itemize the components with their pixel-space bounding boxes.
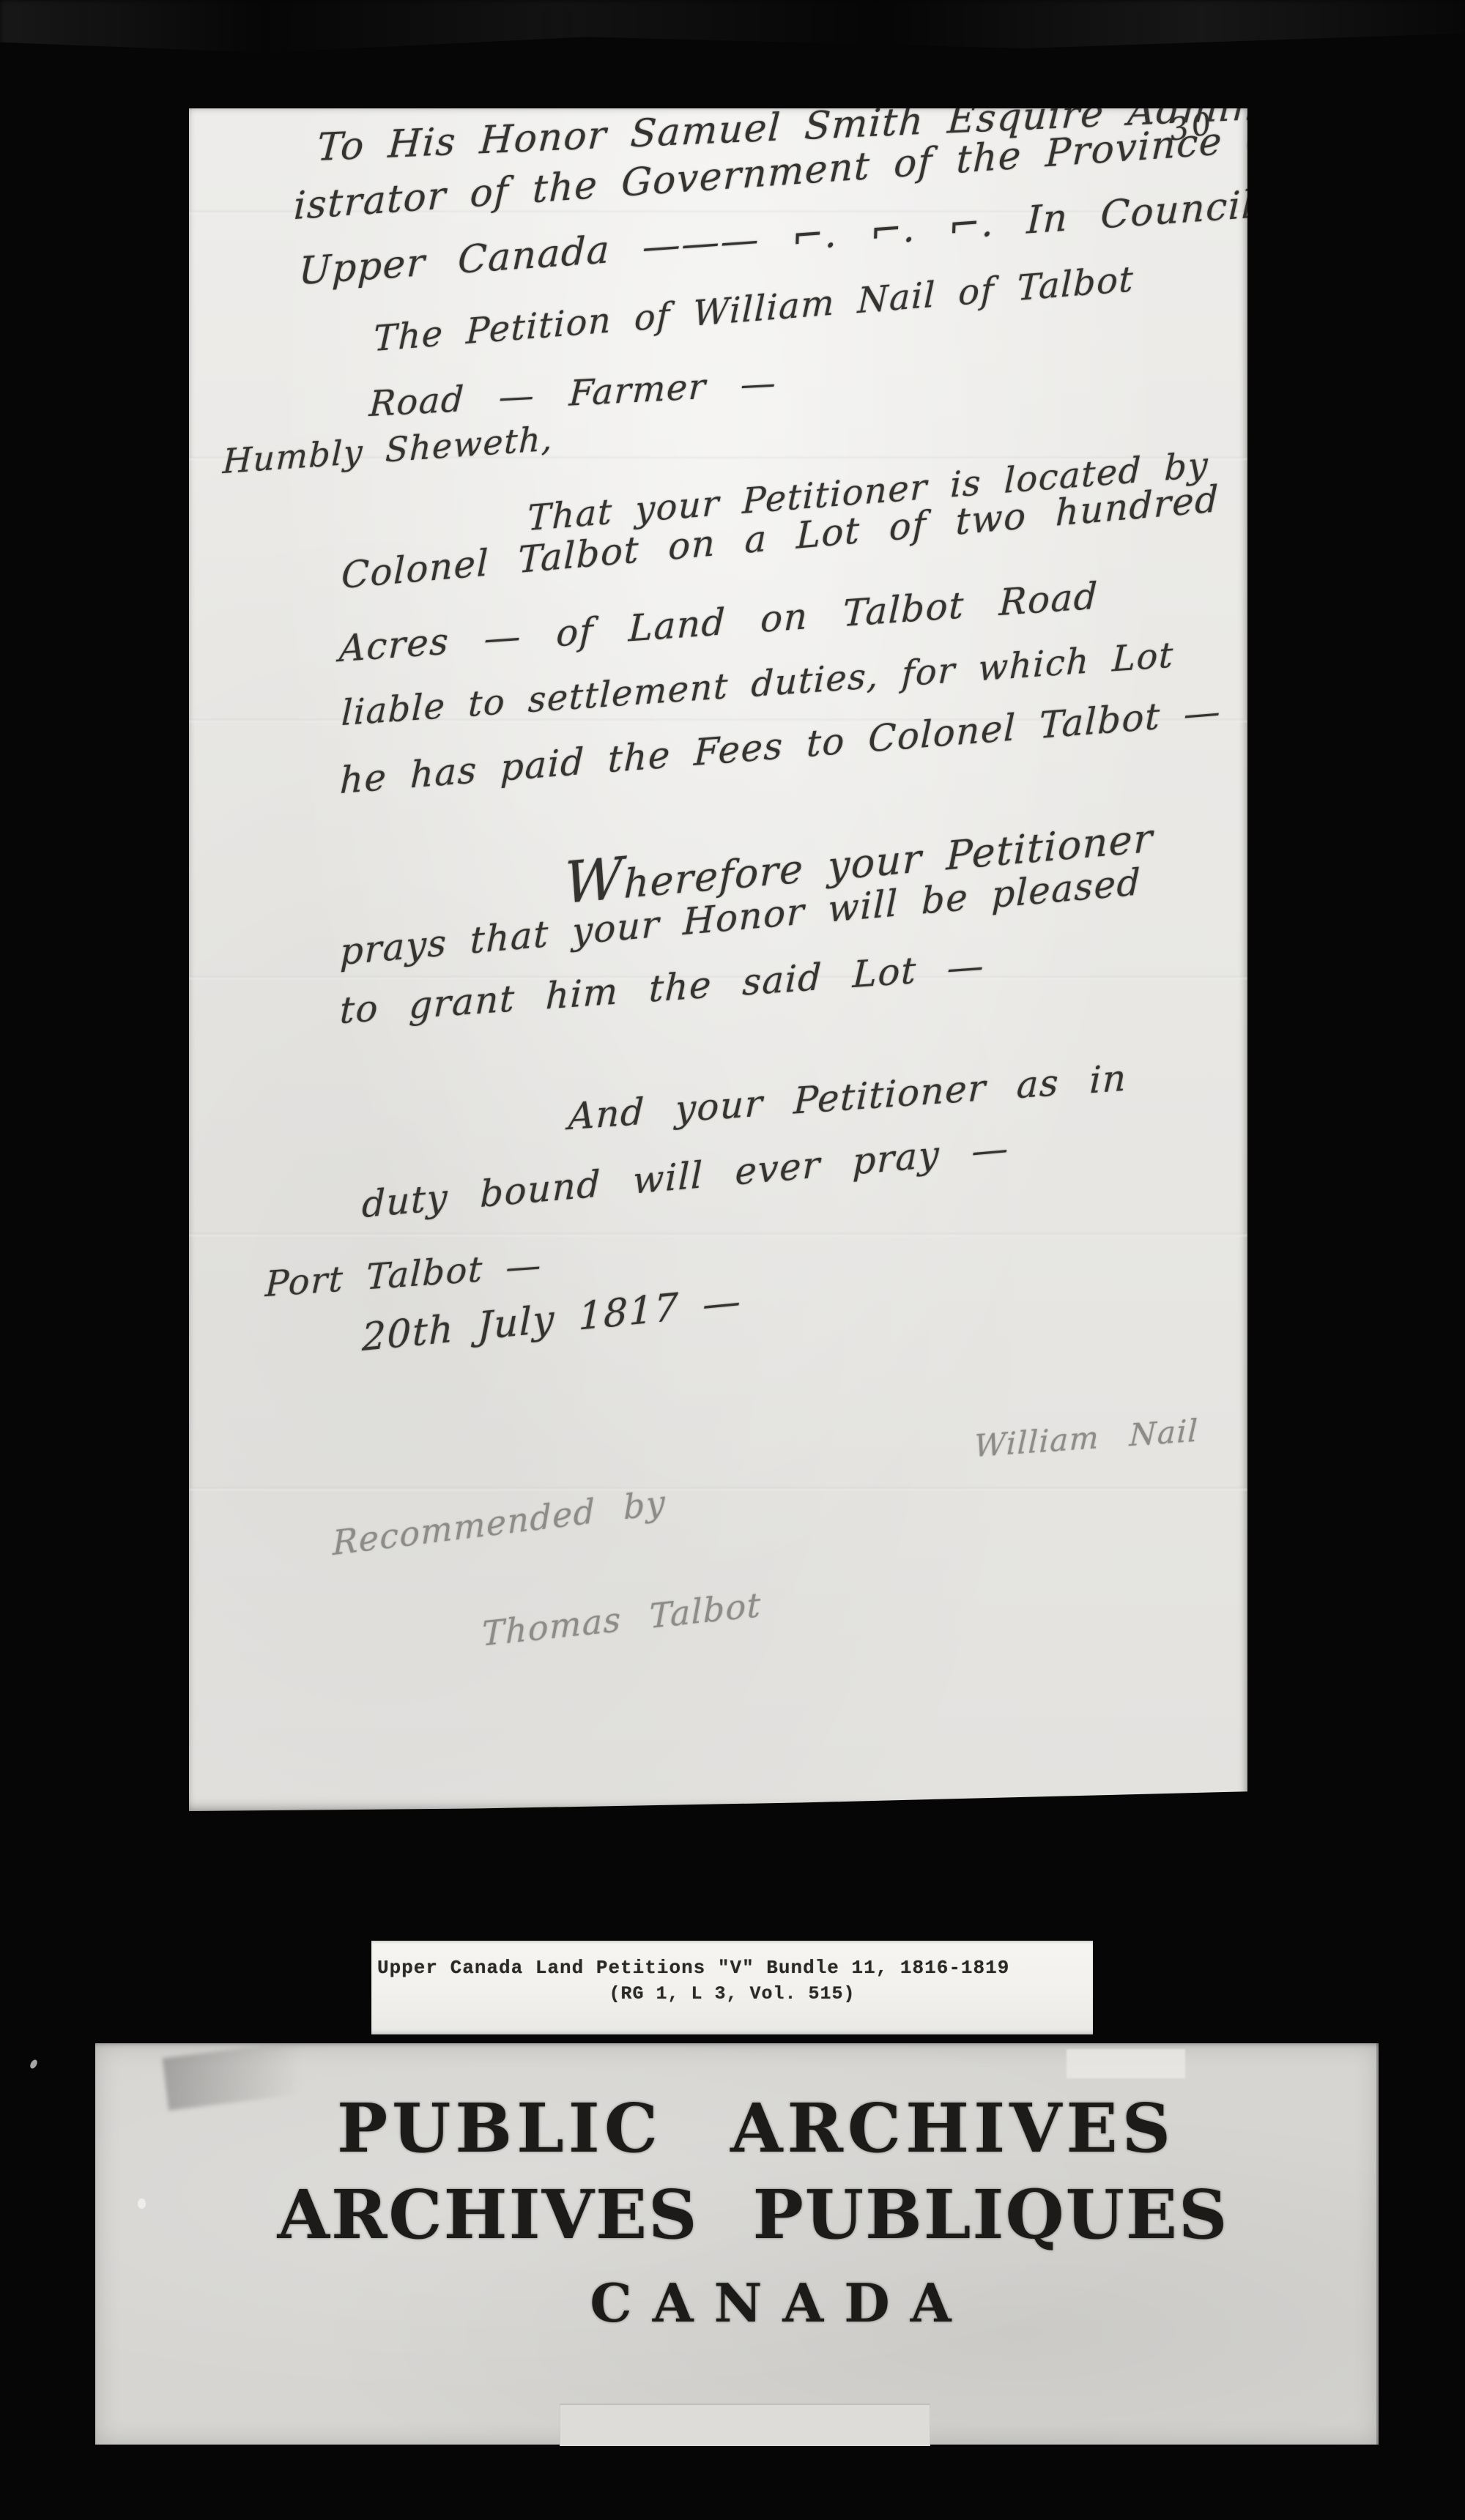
stamp-public-archives: PUBLIC ARCHIVES [95,2089,1398,2168]
background-speck [29,2059,38,2070]
handwritten-line: Humbly Sheweth, [222,418,554,482]
scan-edge-artifact-top [0,0,1465,88]
handwritten-line: Road — Farmer — [368,363,777,426]
manuscript-lines: To His Honor Samuel Smith Esquire Admini… [189,108,1247,1811]
handwritten-line: Port Talbot — [264,1244,543,1306]
stamp-archives-publiques: ARCHIVES PUBLIQUES [95,2175,1395,2254]
archive-label-slip: Upper Canada Land Petitions "V" Bundle 1… [371,1941,1093,2034]
petition-page: 30 To His Honor Samuel Smith Esquire Adm… [189,108,1247,1811]
label-reference: (RG 1, L 3, Vol. 515) [371,1983,1093,2004]
handwritten-line: duty bound will ever pray — [361,1126,1009,1227]
card-speck [138,2199,146,2209]
scan-background: 30 To His Honor Samuel Smith Esquire Adm… [0,0,1465,2520]
handwritten-line: William Nail [973,1412,1199,1465]
handwritten-line: Thomas Talbot [482,1585,762,1655]
label-title: Upper Canada Land Petitions "V" Bundle 1… [377,1957,1009,1979]
handwritten-line: And your Petitioner as in [568,1056,1128,1140]
card-light-patch [1067,2049,1185,2078]
archives-stamp-card: PUBLIC ARCHIVES ARCHIVES PUBLIQUES CANAD… [95,2043,1379,2445]
handwritten-line: Recommended by [333,1482,667,1564]
card-bottom-notch [560,2404,930,2446]
stamp-canada: CANADA [95,2272,1423,2334]
